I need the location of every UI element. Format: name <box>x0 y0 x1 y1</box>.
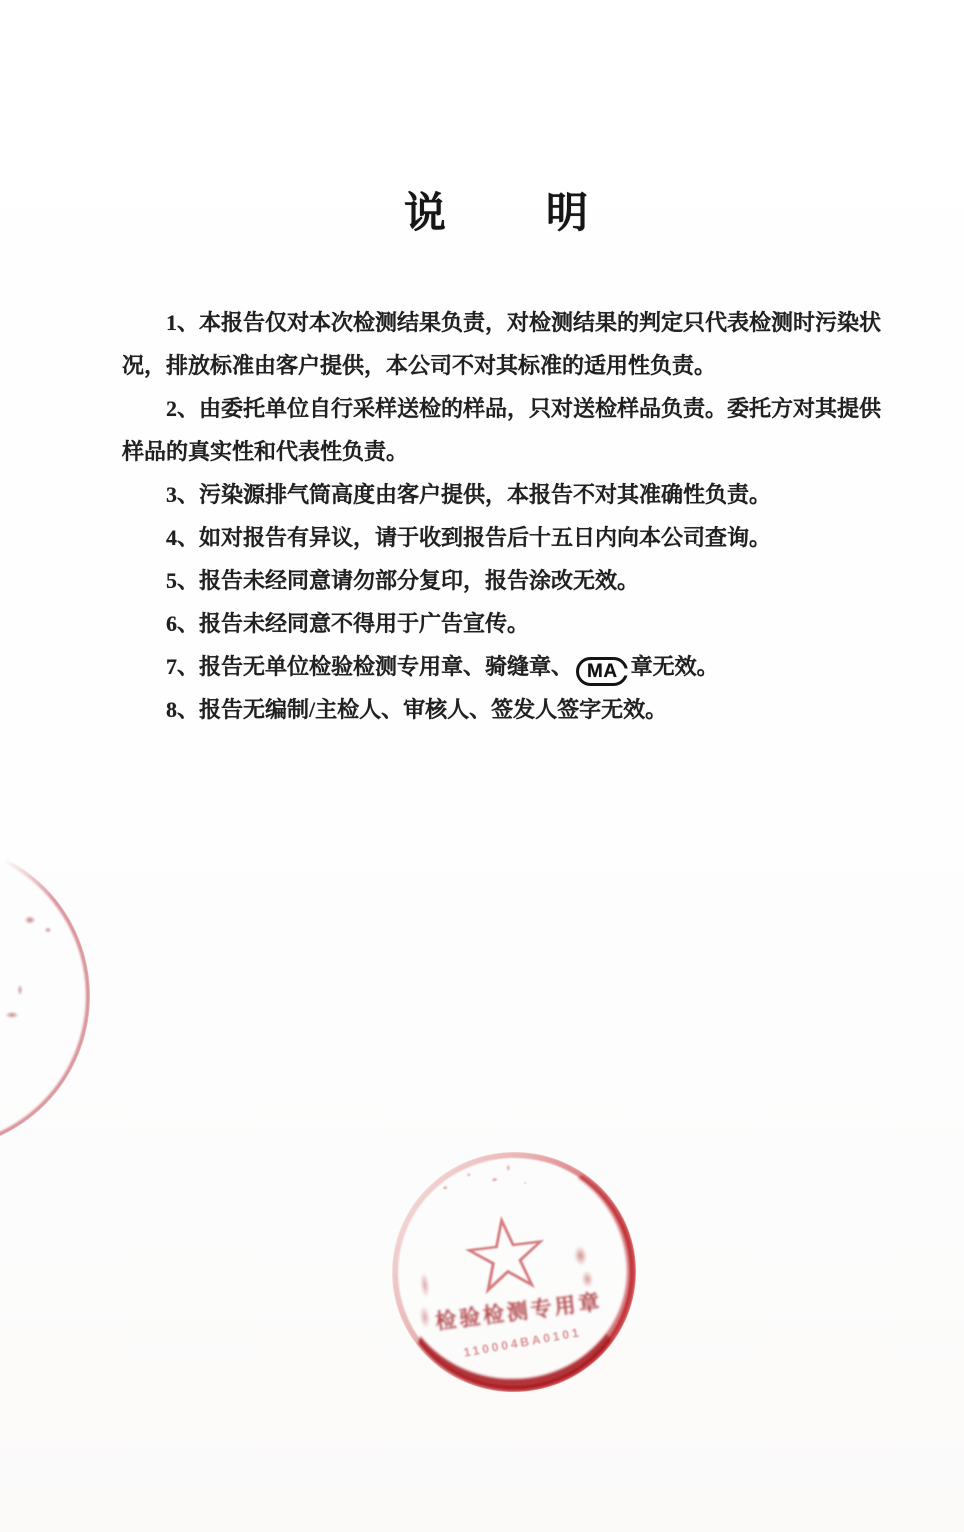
report-notes-page: 说 明 1、本报告仅对本次检测结果负责，对检测结果的判定只代表检测时污染状 况，… <box>0 0 964 1532</box>
title-char-1: 说 <box>404 180 446 240</box>
note-item-3: 3、污染源排气筒高度由客户提供，本报告不对其准确性负责。 <box>122 473 896 516</box>
note-item-2: 2、由委托单位自行采样送检的样品，只对送检样品负责。委托方对其提供 样品的真实性… <box>122 387 896 473</box>
official-seal-stamp: ☆ 检验检测专用章 110004BA0101 <box>372 1131 657 1412</box>
note-item-4: 4、如对报告有异议，请于收到报告后十五日内向本公司查询。 <box>122 516 896 559</box>
note-7-text-after: 章无效。 <box>631 654 719 679</box>
note-7-text-before: 7、报告无单位检验检测专用章、骑缝章、 <box>166 654 573 679</box>
note-item-6: 6、报告未经同意不得用于广告宣传。 <box>122 602 896 645</box>
seal-star-icon: ☆ <box>373 1190 640 1324</box>
title-char-2: 明 <box>546 180 588 240</box>
seal-center-text: 检验检测专用章 <box>390 1280 648 1341</box>
seal-ring <box>378 1138 649 1406</box>
note-item-5: 5、报告未经同意请勿部分复印，报告涂改无效。 <box>122 559 896 602</box>
seal-serial-number: 110004BA0101 <box>395 1313 650 1371</box>
cma-logo: MA <box>576 657 628 686</box>
note-item-7: 7、报告无单位检验检测专用章、骑缝章、MA章无效。 <box>122 645 896 688</box>
partial-seal-ink-marks <box>0 895 90 1055</box>
notes-list: 1、本报告仅对本次检测结果负责，对检测结果的判定只代表检测时污染状 况，排放标准… <box>122 301 896 731</box>
note-item-1: 1、本报告仅对本次检测结果负责，对检测结果的判定只代表检测时污染状 况，排放标准… <box>122 301 896 387</box>
note-item-8: 8、报告无编制/主检人、审核人、签发人签字无效。 <box>122 688 896 731</box>
seal-ring-bottom <box>386 1146 642 1398</box>
page-title: 说 明 <box>14 180 964 240</box>
